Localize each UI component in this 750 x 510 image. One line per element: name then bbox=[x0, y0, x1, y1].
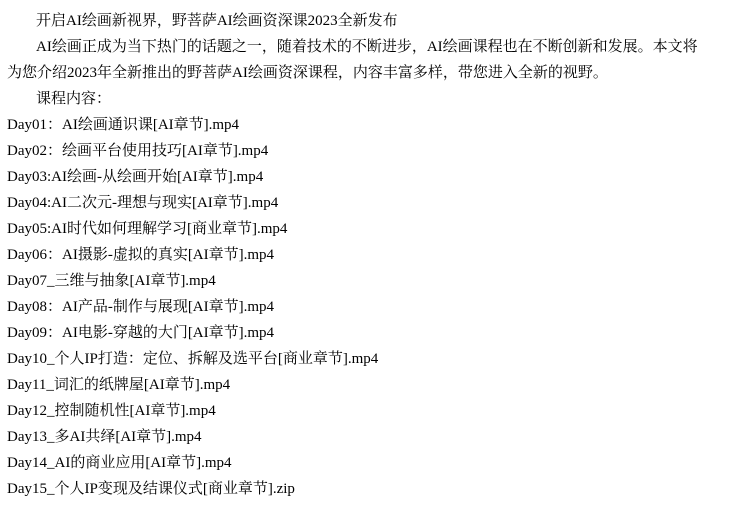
document-title: 开启AI绘画新视界，野菩萨AI绘画资深课2023全新发布 bbox=[7, 8, 742, 34]
course-item: Day09：AI电影-穿越的大门[AI章节].mp4 bbox=[7, 320, 742, 346]
course-item: Day13_多AI共绎[AI章节].mp4 bbox=[7, 424, 742, 450]
course-item: Day02：绘画平台使用技巧[AI章节].mp4 bbox=[7, 138, 742, 164]
intro-paragraph-line-1: AI绘画正成为当下热门的话题之一，随着技术的不断进步，AI绘画课程也在不断创新和… bbox=[7, 34, 742, 60]
course-item-list: Day01：AI绘画通识课[AI章节].mp4 Day02：绘画平台使用技巧[A… bbox=[7, 112, 742, 502]
course-item: Day14_AI的商业应用[AI章节].mp4 bbox=[7, 450, 742, 476]
course-item: Day08：AI产品-制作与展现[AI章节].mp4 bbox=[7, 294, 742, 320]
course-contents-label: 课程内容： bbox=[7, 86, 742, 112]
course-item: Day11_词汇的纸牌屋[AI章节].mp4 bbox=[7, 372, 742, 398]
course-item: Day05:AI时代如何理解学习[商业章节].mp4 bbox=[7, 216, 742, 242]
course-item: Day10_个人IP打造：定位、拆解及选平台[商业章节].mp4 bbox=[7, 346, 742, 372]
course-item: Day06：AI摄影-虚拟的真实[AI章节].mp4 bbox=[7, 242, 742, 268]
course-item: Day15_个人IP变现及结课仪式[商业章节].zip bbox=[7, 476, 742, 502]
document-body: 开启AI绘画新视界，野菩萨AI绘画资深课2023全新发布 AI绘画正成为当下热门… bbox=[0, 0, 750, 502]
intro-paragraph-line-2: 为您介绍2023年全新推出的野菩萨AI绘画资深课程，内容丰富多样，带您进入全新的… bbox=[7, 60, 742, 86]
course-item: Day12_控制随机性[AI章节].mp4 bbox=[7, 398, 742, 424]
course-item: Day04:AI二次元-理想与现实[AI章节].mp4 bbox=[7, 190, 742, 216]
course-item: Day07_三维与抽象[AI章节].mp4 bbox=[7, 268, 742, 294]
course-item: Day01：AI绘画通识课[AI章节].mp4 bbox=[7, 112, 742, 138]
course-item: Day03:AI绘画-从绘画开始[AI章节].mp4 bbox=[7, 164, 742, 190]
